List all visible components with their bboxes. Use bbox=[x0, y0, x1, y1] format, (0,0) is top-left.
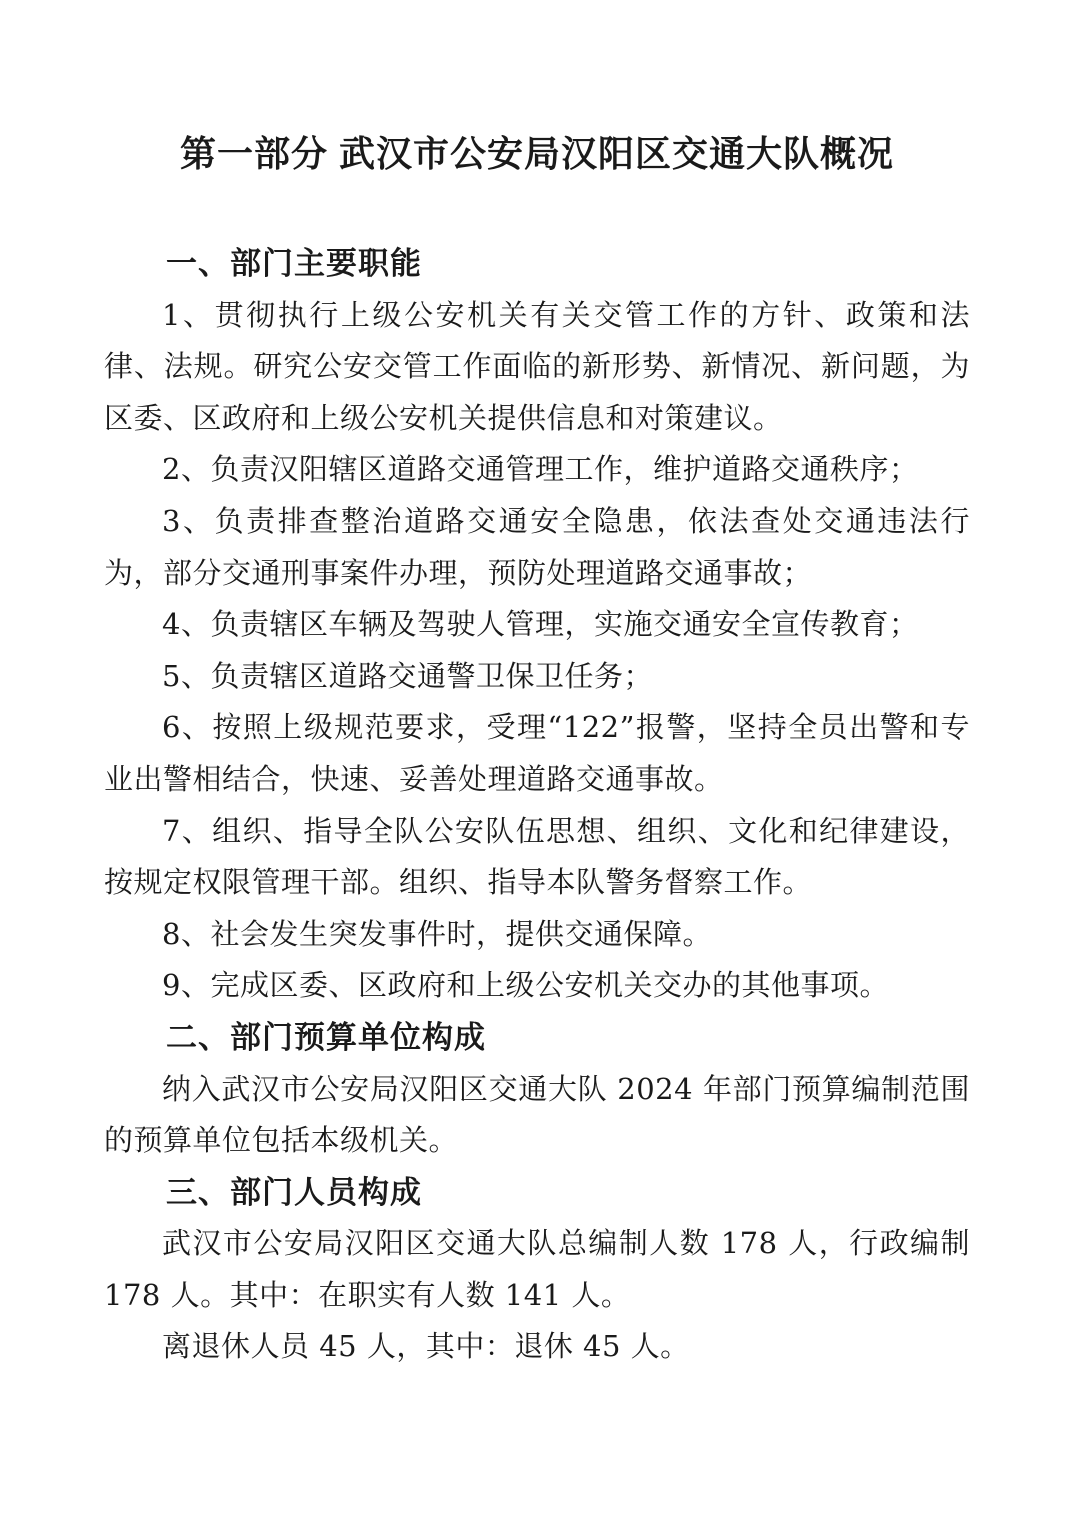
personnel-paragraph-1: 武汉市公安局汉阳区交通大队总编制人数 178 人，行政编制 178 人。其中：在… bbox=[104, 1218, 970, 1321]
function-item-2: 2、负责汉阳辖区道路交通管理工作，维护道路交通秩序； bbox=[104, 444, 970, 496]
section-heading-budget-units: 二、部门预算单位构成 bbox=[104, 1012, 970, 1064]
function-item-4: 4、负责辖区车辆及驾驶人管理，实施交通安全宣传教育； bbox=[104, 599, 970, 651]
section-heading-main-functions: 一、部门主要职能 bbox=[104, 238, 970, 290]
section-heading-personnel: 三、部门人员构成 bbox=[104, 1167, 970, 1219]
function-item-3: 3、负责排查整治道路交通安全隐患，依法查处交通违法行为，部分交通刑事案件办理，预… bbox=[104, 496, 970, 599]
document-title: 第一部分 武汉市公安局汉阳区交通大队概况 bbox=[104, 128, 970, 180]
section-budget-units: 二、部门预算单位构成 纳入武汉市公安局汉阳区交通大队 2024 年部门预算编制范… bbox=[104, 1012, 970, 1167]
document-page: 第一部分 武汉市公安局汉阳区交通大队概况 一、部门主要职能 1、贯彻执行上级公安… bbox=[0, 0, 1074, 1520]
budget-units-paragraph: 纳入武汉市公安局汉阳区交通大队 2024 年部门预算编制范围的预算单位包括本级机… bbox=[104, 1064, 970, 1167]
section-personnel: 三、部门人员构成 武汉市公安局汉阳区交通大队总编制人数 178 人，行政编制 1… bbox=[104, 1167, 970, 1373]
function-item-6: 6、按照上级规范要求，受理“122”报警，坚持全员出警和专业出警相结合，快速、妥… bbox=[104, 702, 970, 805]
function-item-7: 7、组织、指导全队公安队伍思想、组织、文化和纪律建设，按规定权限管理干部。组织、… bbox=[104, 806, 970, 909]
function-item-5: 5、负责辖区道路交通警卫保卫任务； bbox=[104, 651, 970, 703]
document-content: 第一部分 武汉市公安局汉阳区交通大队概况 一、部门主要职能 1、贯彻执行上级公安… bbox=[0, 0, 1074, 1373]
function-item-8: 8、社会发生突发事件时，提供交通保障。 bbox=[104, 909, 970, 961]
section-main-functions: 一、部门主要职能 1、贯彻执行上级公安机关有关交管工作的方针、政策和法律、法规。… bbox=[104, 238, 970, 1012]
function-item-1: 1、贯彻执行上级公安机关有关交管工作的方针、政策和法律、法规。研究公安交管工作面… bbox=[104, 290, 970, 445]
function-item-9: 9、完成区委、区政府和上级公安机关交办的其他事项。 bbox=[104, 960, 970, 1012]
personnel-paragraph-2: 离退休人员 45 人，其中：退休 45 人。 bbox=[104, 1321, 970, 1373]
